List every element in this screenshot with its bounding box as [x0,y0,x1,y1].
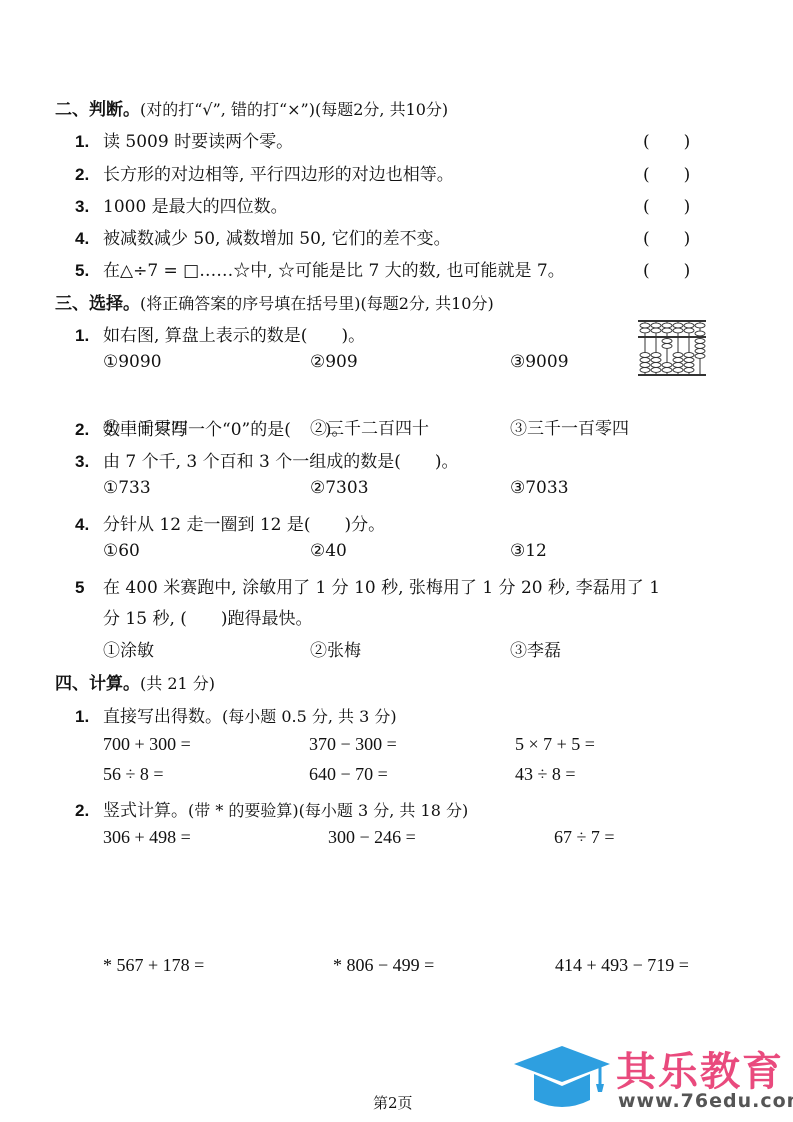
judge-item-2: 2.长方形的对边相等, 平行四边形的对边也相等。 [75,160,454,185]
item-text: 由 7 个千, 3 个百和 3 个一组成的数是( )。 [103,452,459,472]
option-1: ①9090 [103,352,162,372]
item-text: 在 400 米赛跑中, 涂敏用了 1 分 10 秒, 张梅用了 1 分 20 秒… [103,578,660,598]
choice-item-5-continued: 分 15 秒, ( )跑得最快。 [103,604,313,629]
vertical-calc-1: 306 + 498 = [103,827,191,848]
option-3: ③12 [510,541,547,561]
item-number: 1. [75,707,103,727]
item-number: 1. [75,132,103,152]
section-3-note: (将正确答案的序号填在括号里)(每题2分, 共10分) [140,294,494,313]
choice-item-4: 4.分针从 12 走一圈到 12 是( )分。 [75,510,385,535]
section-2-title: 二、判断。 [55,100,140,120]
part-note: (每小题 0.5 分, 共 3 分) [222,707,397,726]
item-text: 在△÷7 = □……☆中, ☆可能是比 7 大的数, 也可能就是 7。 [103,261,565,281]
item-number: 2. [75,165,103,185]
option-1: ①三千零四 [103,414,188,439]
item-number: 2. [75,801,103,821]
item-number: 3. [75,452,103,472]
judge-item-3: 3.1000 是最大的四位数。 [75,192,288,217]
answer-blank-5[interactable]: ( ) [643,256,690,281]
answer-blank-4[interactable]: ( ) [643,224,690,249]
page-number: 第2页 [373,1092,413,1113]
vertical-calc-2: 300 − 246 = [328,827,416,848]
option-1: ①涂敏 [103,636,154,661]
option-2: ②张梅 [310,636,361,661]
mental-calc-2: 370 − 300 = [309,734,397,755]
item-text: 分针从 12 走一圈到 12 是( )分。 [103,515,385,535]
option-1: ①60 [103,541,140,561]
vertical-calc-5: * 806 − 499 = [333,955,434,976]
section-4-note: (共 21 分) [140,674,215,693]
option-3: ③9009 [510,352,569,372]
section-4-title: 四、计算。 [55,674,140,694]
vertical-calc-4: * 567 + 178 = [103,955,204,976]
item-number: 5 [75,578,103,598]
answer-blank-3[interactable]: ( ) [643,192,690,217]
item-number: 4. [75,229,103,249]
answer-blank-1[interactable]: ( ) [643,127,690,152]
option-3: ③李磊 [510,636,561,661]
option-1: ①733 [103,478,151,498]
option-3: ③7033 [510,478,569,498]
abacus-icon [636,318,708,380]
calc-part-2-heading: 2.竖式计算。(带 * 的要验算)(每小题 3 分, 共 18 分) [75,796,468,821]
option-2: ②909 [310,352,358,372]
mental-calc-4: 56 ÷ 8 = [103,764,164,785]
judge-item-4: 4.被减数减少 50, 减数增加 50, 它们的差不变。 [75,224,451,249]
section-2-note: (对的打“√”, 错的打“×”)(每题2分, 共10分) [140,100,448,119]
section-3-title: 三、选择。 [55,294,140,314]
answer-blank-2[interactable]: ( ) [643,160,690,185]
mental-calc-5: 640 − 70 = [309,764,388,785]
brand-url: www.76edu.com [618,1090,793,1112]
item-text: 长方形的对边相等, 平行四边形的对边也相等。 [103,165,454,185]
brand-title: 其乐教育 [616,1040,784,1097]
mental-calc-1: 700 + 300 = [103,734,191,755]
item-number: 1. [75,326,103,346]
section-4-heading: 四、计算。(共 21 分) [55,669,215,694]
item-text: 被减数减少 50, 减数增加 50, 它们的差不变。 [103,229,451,249]
item-text: 读 5009 时要读两个零。 [103,132,293,152]
item-number: 4. [75,515,103,535]
calc-part-1-heading: 1.直接写出得数。(每小题 0.5 分, 共 3 分) [75,702,397,727]
option-3: ③三千一百零四 [510,414,629,439]
choice-item-1: 1.如右图, 算盘上表示的数是( )。 [75,321,365,346]
vertical-calc-3: 67 ÷ 7 = [554,827,615,848]
item-number: 3. [75,197,103,217]
item-text: 如右图, 算盘上表示的数是( )。 [103,326,365,346]
part-title: 直接写出得数。 [103,707,222,727]
item-number: 2. [75,420,103,440]
judge-item-1: 1.读 5009 时要读两个零。 [75,127,293,152]
mental-calc-6: 43 ÷ 8 = [515,764,576,785]
choice-item-3: 3.由 7 个千, 3 个百和 3 个一组成的数是( )。 [75,447,459,472]
item-number: 5. [75,261,103,281]
part-note: (带 * 的要验算)(每小题 3 分, 共 18 分) [188,801,468,820]
section-2-heading: 二、判断。(对的打“√”, 错的打“×”)(每题2分, 共10分) [55,95,448,120]
mental-calc-3: 5 × 7 + 5 = [515,734,595,755]
graduation-cap-icon [512,1042,612,1114]
item-text: 1000 是最大的四位数。 [103,197,288,217]
vertical-calc-6: 414 + 493 − 719 = [555,955,689,976]
section-3-heading: 三、选择。(将正确答案的序号填在括号里)(每题2分, 共10分) [55,289,494,314]
judge-item-5: 5.在△÷7 = □……☆中, ☆可能是比 7 大的数, 也可能就是 7。 [75,256,565,281]
option-2: ②三千二百四十 [310,414,429,439]
part-title: 竖式计算。 [103,801,188,821]
option-2: ②7303 [310,478,369,498]
choice-item-5: 5在 400 米赛跑中, 涂敏用了 1 分 10 秒, 张梅用了 1 分 20 … [75,573,660,598]
option-2: ②40 [310,541,347,561]
